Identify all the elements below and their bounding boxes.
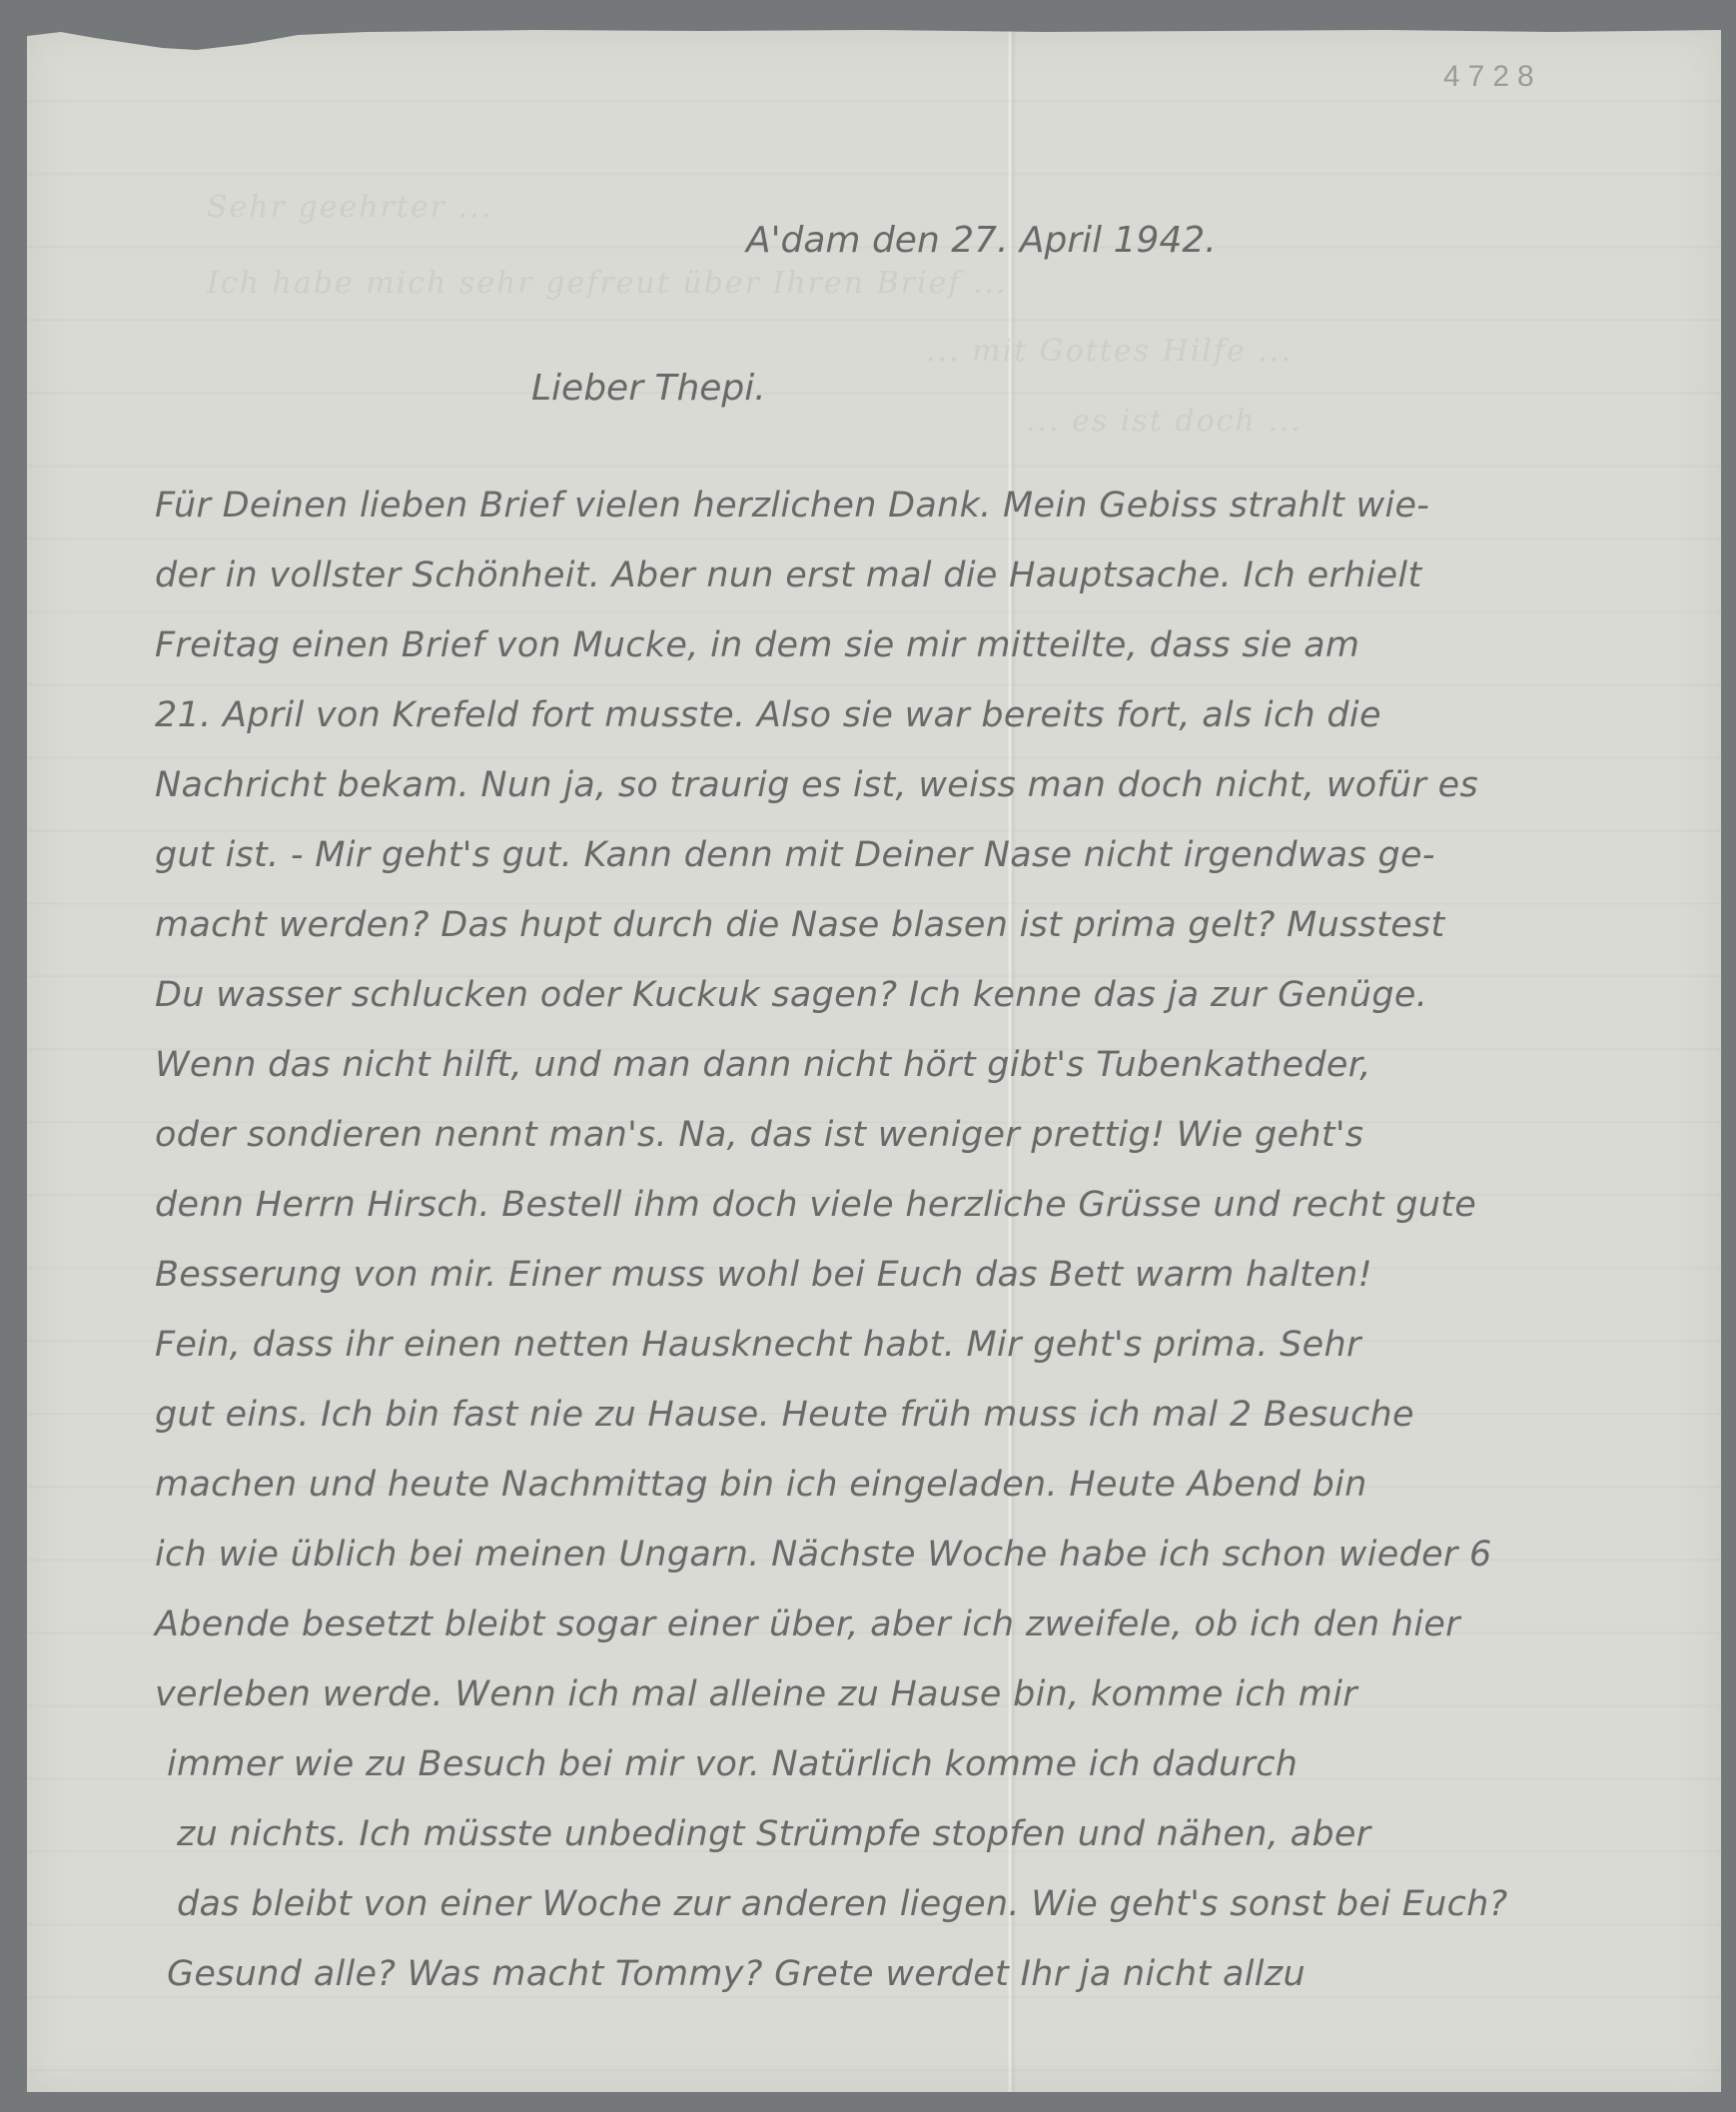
letter-line: macht werden? Das hupt durch die Nase bl… <box>155 905 1445 945</box>
salutation: Lieber Thepi. <box>531 368 766 409</box>
letter-line: zu nichts. Ich müsste unbedingt Strümpfe… <box>177 1814 1370 1854</box>
letter-line: immer wie zu Besuch bei mir vor. Natürli… <box>167 1744 1298 1784</box>
letter-line: verleben werde. Wenn ich mal alleine zu … <box>155 1674 1357 1714</box>
letter-line: Nachricht bekam. Nun ja, so traurig es i… <box>155 765 1478 805</box>
bleed-through-line: ... mit Gottes Hilfe ... <box>926 334 1293 369</box>
letter-line: ich wie üblich bei meinen Ungarn. Nächst… <box>155 1535 1492 1575</box>
bleed-through-line: ... es ist doch ... <box>1026 404 1302 439</box>
letter-line: der in vollster Schönheit. Aber nun erst… <box>155 555 1421 595</box>
letter-line: Gesund alle? Was macht Tommy? Grete werd… <box>167 1954 1305 1994</box>
letter-paper: Sehr geehrter ... Ich habe mich sehr gef… <box>27 30 1721 2092</box>
archive-number: 4728 <box>1443 60 1542 94</box>
letter-line: Freitag einen Brief von Mucke, in dem si… <box>155 625 1359 665</box>
bleed-through-line: Sehr geehrter ... <box>207 190 492 225</box>
letter-line: Fein, dass ihr einen netten Hausknecht h… <box>155 1325 1361 1365</box>
letter-line: Du wasser schlucken oder Kuckuk sagen? I… <box>155 975 1427 1015</box>
place-date: A'dam den 27. April 1942. <box>746 220 1217 261</box>
letter-line: machen und heute Nachmittag bin ich eing… <box>155 1465 1367 1505</box>
letter-line: Besserung von mir. Einer muss wohl bei E… <box>155 1255 1372 1295</box>
letter-line: Für Deinen lieben Brief vielen herzliche… <box>155 486 1429 526</box>
bleed-through-line: Ich habe mich sehr gefreut über Ihren Br… <box>207 266 1008 301</box>
letter-line: Wenn das nicht hilft, und man dann nicht… <box>155 1045 1371 1085</box>
letter-line: gut ist. - Mir geht's gut. Kann denn mit… <box>155 835 1435 875</box>
letter-line: Abende besetzt bleibt sogar einer über, … <box>155 1604 1460 1644</box>
letter-line: oder sondieren nennt man's. Na, das ist … <box>155 1115 1363 1155</box>
scanned-letter: Sehr geehrter ... Ich habe mich sehr gef… <box>0 0 1736 2112</box>
letter-line: denn Herrn Hirsch. Bestell ihm doch viel… <box>155 1185 1476 1225</box>
letter-line: 21. April von Krefeld fort musste. Also … <box>155 695 1381 735</box>
letter-line: gut eins. Ich bin fast nie zu Hause. Heu… <box>155 1395 1414 1435</box>
letter-line: das bleibt von einer Woche zur anderen l… <box>177 1884 1508 1924</box>
